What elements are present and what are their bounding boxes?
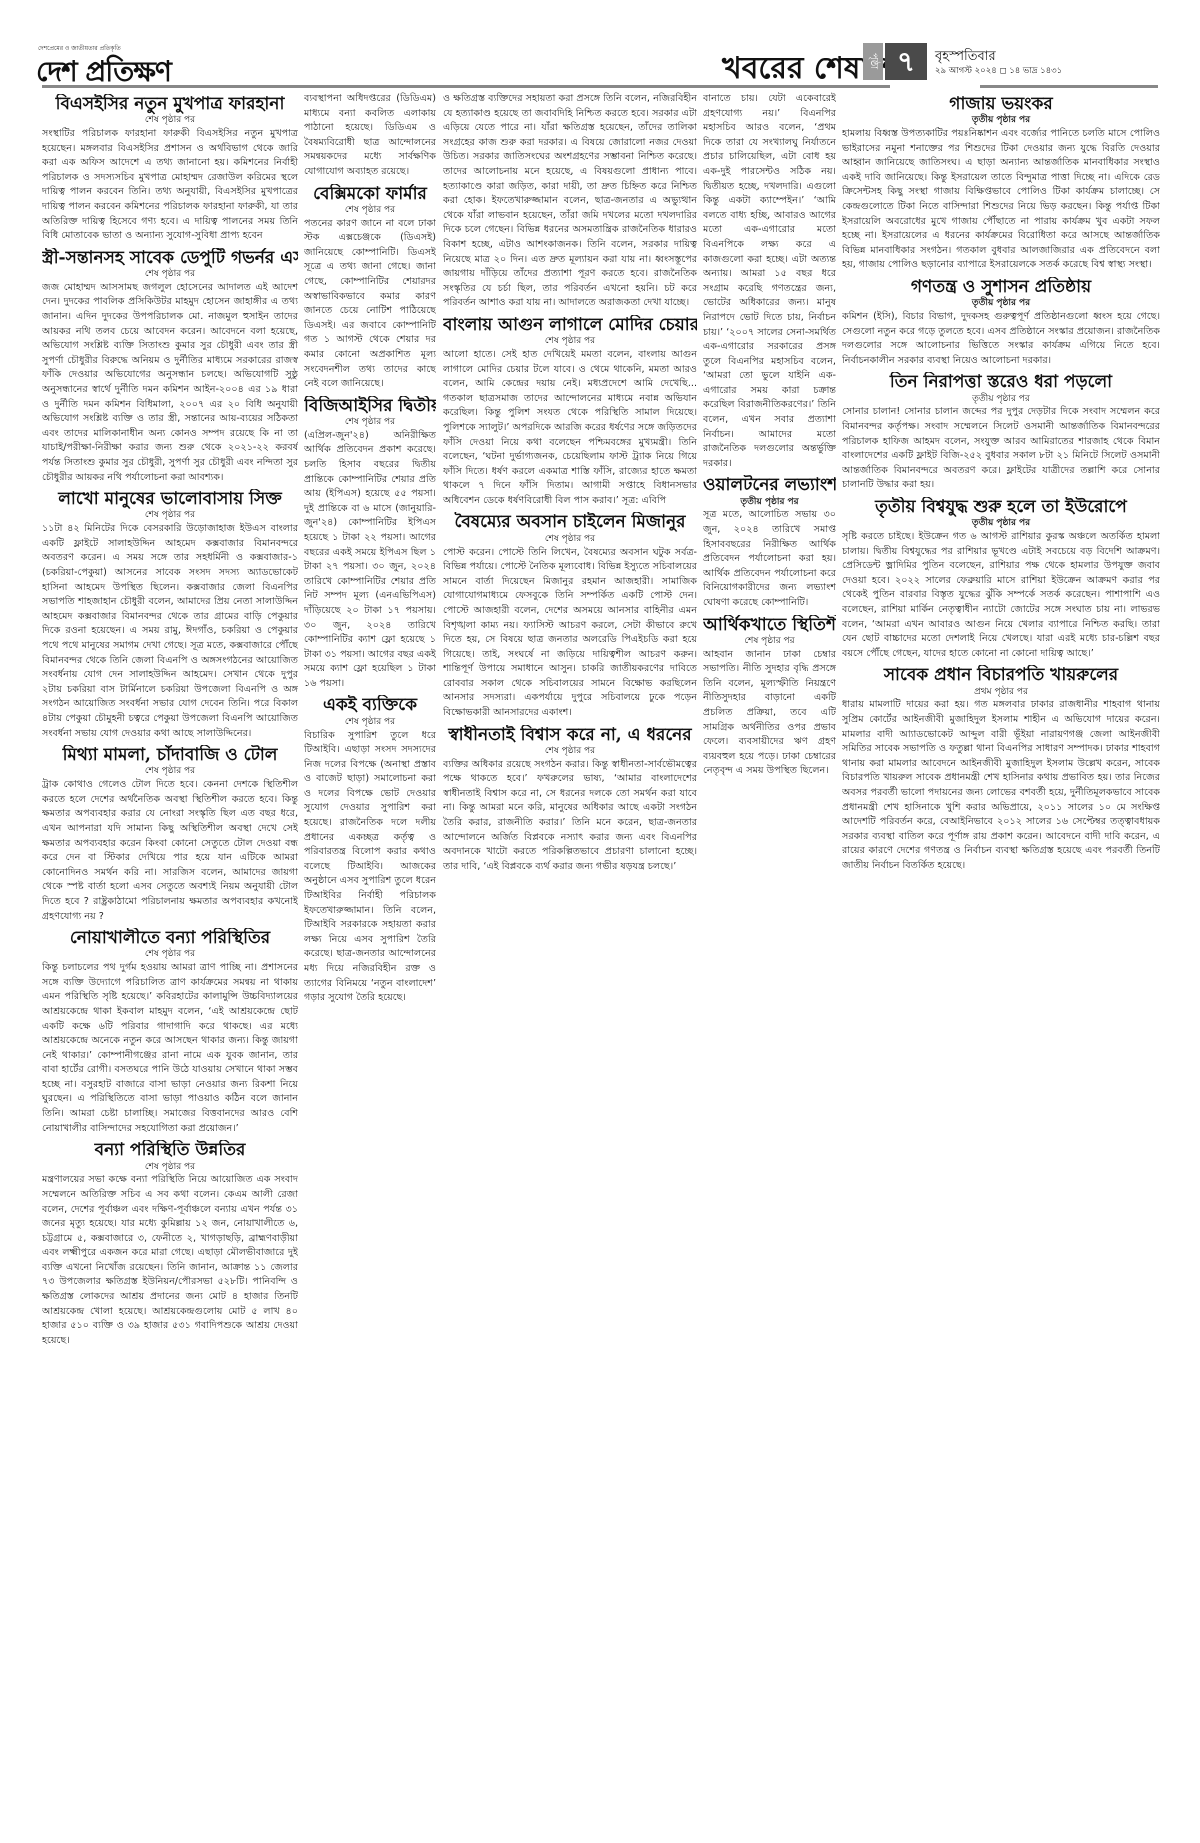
story-gold-caught[interactable]: তিন নিরাপত্তা স্তরেও ধরা পড়লো তৃতীয় পৃ… <box>842 372 1160 493</box>
story-body: হামলায় বিধ্বস্ত উপত্যকাটির পয়ঃনিষ্কাশন… <box>842 127 1160 273</box>
story-body: (এপ্রিল-জুন'২৪) অনিরীক্ষিত আর্থিক প্রতিব… <box>304 429 436 692</box>
header-rule-right <box>980 85 1158 88</box>
headline: বিএসইসির নতুন মুখপাত্র ফারহানা <box>42 94 298 115</box>
story-bsec-spokesperson[interactable]: বিএসইসির নতুন মুখপাত্র ফারহানা শেষ পৃষ্ঠ… <box>42 94 298 244</box>
headline: স্বাধীনতাই বিশ্বাস করে না, এ ধরনের <box>443 725 697 746</box>
page-label: পৃষ্ঠা <box>863 43 883 80</box>
story-body: কমিশন (ইসি), বিচার বিভাগ, দুদকসহ গুরুত্ব… <box>842 310 1160 368</box>
story-bnp-continued[interactable]: বানাতে চায়। যেটা একেবারেই গ্রহণযোগ্য নয… <box>703 92 836 471</box>
continued-label: তৃতীয় পৃষ্ঠার পর <box>703 497 836 508</box>
page-number: ৭ <box>885 43 927 80</box>
story-body: পোস্ট করেন। পোস্টে তিনি লিখেন, বৈষম্যের … <box>443 546 697 721</box>
story-body: কিন্তু চলাচলের পথ দুর্গম হওয়ায় আমরা ত্… <box>42 961 298 1136</box>
story-body: ধারায় মামলাটি দায়ের করা হয়। গত মঙ্গলব… <box>842 698 1160 873</box>
headline: গাজায় ভয়ংকর <box>842 94 1160 115</box>
story-noakhali-flood[interactable]: নোয়াখালীতে বন্যা পরিস্থিতির শেষ পৃষ্ঠার… <box>42 928 298 1136</box>
story-body: আহবান জানান ঢাকা চেম্বার সভাপতি। নীতি সু… <box>703 648 836 779</box>
story-body: ১১টা ৪২ মিনিটের দিকে বেসরকারি উড়োজাহাজ … <box>42 522 298 741</box>
headline: স্ত্রী-সন্তানসহ সাবেক ডেপুটি গভর্নর এস <box>42 248 298 269</box>
continued-label: শেষ পৃষ্ঠার পর <box>304 717 436 728</box>
continued-label: তৃতীয় পৃষ্ঠার পর <box>842 298 1160 309</box>
continued-label: তৃতীয় পৃষ্ঠার পর <box>842 518 1160 529</box>
headline: আর্থিকখাতে স্থিতিশীলতা <box>703 615 836 636</box>
story-walton-dividend[interactable]: ওয়ালটনের লভ্যাংশ তৃতীয় পৃষ্ঠার পর সূত্… <box>703 475 836 610</box>
continued-label: শেষ পৃষ্ঠার পর <box>42 510 298 521</box>
continued-label: তৃতীয় পৃষ্ঠার পর <box>842 394 1160 405</box>
continued-label: তৃতীয় পৃষ্ঠার পর <box>842 115 1160 126</box>
column-1: বিএসইসির নতুন মুখপাত্র ফারহানা শেষ পৃষ্ঠ… <box>42 92 298 1832</box>
story-world-war[interactable]: তৃতীয় বিশ্বযুদ্ধ শুরু হলে তা ইউরোপে তৃত… <box>842 497 1160 661</box>
continued-label: প্রথম পৃষ্ঠার পর <box>842 687 1160 698</box>
story-tib-continued[interactable]: ও ক্ষতিগ্রস্ত ব্যক্তিদের সহায়তা করা প্র… <box>443 92 697 311</box>
newspaper-logo[interactable]: দেশ প্রতিক্ষণ <box>36 50 171 97</box>
header-rule-left <box>42 85 890 88</box>
continued-label: শেষ পৃষ্ঠার পর <box>42 1162 298 1173</box>
headline: গণতন্ত্র ও সুশাসন প্রতিষ্ঠায় <box>842 277 1160 298</box>
continued-label: শেষ পৃষ্ঠার পর <box>42 269 298 280</box>
story-body: সৃষ্টি করতে চাইছে। ইউক্রেন গত ৬ আগস্ট রা… <box>842 530 1160 661</box>
story-body: বানাতে চায়। যেটা একেবারেই গ্রহণযোগ্য নয… <box>703 92 836 471</box>
story-body: ব্যবস্থাপনা অধিদপ্তরের (ডিডিএম) মাধ্যমে … <box>304 92 436 180</box>
story-independence[interactable]: স্বাধীনতাই বিশ্বাস করে না, এ ধরনের শেষ প… <box>443 725 697 875</box>
headline: একই ব্যক্তিকে <box>304 695 436 716</box>
story-flood-improvement[interactable]: বন্যা পরিস্থিতি উন্নতির শেষ পৃষ্ঠার পর ম… <box>42 1140 298 1348</box>
story-body: বিচারিক সুপারিশ তুলে ধরে টিআইবি। এছাড়া … <box>304 729 436 1006</box>
headline: তিন নিরাপত্তা স্তরেও ধরা পড়লো <box>842 372 1160 393</box>
story-democracy[interactable]: গণতন্ত্র ও সুশাসন প্রতিষ্ঠায় তৃতীয় পৃষ… <box>842 277 1160 368</box>
continued-label: শেষ পৃষ্ঠার পর <box>42 115 298 126</box>
continued-label: শেষ পৃষ্ঠার পর <box>703 636 836 647</box>
headline: বন্যা পরিস্থিতি উন্নতির <box>42 1140 298 1161</box>
headline: সাবেক প্রধান বিচারপতি খায়রুলের <box>842 665 1160 686</box>
headline: বিজিআইসির দ্বিতীয় <box>304 396 436 417</box>
story-gaza[interactable]: গাজায় ভয়ংকর তৃতীয় পৃষ্ঠার পর হামলায় … <box>842 94 1160 273</box>
story-body: ব্যক্তির অধিকার রয়েছে সংগঠন করার। কিন্ত… <box>443 758 697 875</box>
story-body: সোনার চালান! সোনার চালান জব্দের পর দুপুর… <box>842 405 1160 493</box>
story-khairul[interactable]: সাবেক প্রধান বিচারপতি খায়রুলের প্রথম পৃ… <box>842 665 1160 873</box>
story-lakhs-love[interactable]: লাখো মানুষের ভালোবাসায় সিক্ত শেষ পৃষ্ঠা… <box>42 489 298 741</box>
continued-label: শেষ পৃষ্ঠার পর <box>443 336 697 347</box>
story-financial-stability[interactable]: আর্থিকখাতে স্থিতিশীলতা শেষ পৃষ্ঠার পর আহ… <box>703 615 836 779</box>
story-body: সূত্র মতে, আলোচিত সভায় ৩০ জুন, ২০২৪ তার… <box>703 508 836 610</box>
headline: মিথ্যা মামলা, চাঁদাবাজি ও টোল <box>42 745 298 766</box>
column-5: গাজায় ভয়ংকর তৃতীয় পৃষ্ঠার পর হামলায় … <box>842 92 1160 1832</box>
continued-label: শেষ পৃষ্ঠার পর <box>443 534 697 545</box>
story-false-case-toll[interactable]: মিথ্যা মামলা, চাঁদাবাজি ও টোল শেষ পৃষ্ঠা… <box>42 745 298 924</box>
headline: বাংলায় আগুন লাগালে মোদির চেয়ার <box>443 315 697 336</box>
story-beximco-pharma[interactable]: বেক্সিমকো ফার্মার শেষ পৃষ্ঠার পর পতনের ক… <box>304 184 436 392</box>
story-deputy-governor[interactable]: স্ত্রী-সন্তানসহ সাবেক ডেপুটি গভর্নর এস শ… <box>42 248 298 485</box>
continued-label: শেষ পৃষ্ঠার পর <box>304 205 436 216</box>
story-body: ও ক্ষতিগ্রস্ত ব্যক্তিদের সহায়তা করা প্র… <box>443 92 697 311</box>
column-3: ও ক্ষতিগ্রস্ত ব্যক্তিদের সহায়তা করা প্র… <box>443 92 697 1832</box>
headline: বেক্সিমকো ফার্মার <box>304 184 436 205</box>
continued-label: শেষ পৃষ্ঠার পর <box>42 766 298 777</box>
story-bgic-second[interactable]: বিজিআইসির দ্বিতীয় শেষ পৃষ্ঠার পর (এপ্রি… <box>304 396 436 692</box>
continued-label: শেষ পৃষ্ঠার পর <box>443 746 697 757</box>
headline: তৃতীয় বিশ্বযুদ্ধ শুরু হলে তা ইউরোপে <box>842 497 1160 518</box>
masthead: দেশপ্রেমের ও জাতীয়তার প্রতিকৃতি দেশ প্র… <box>0 0 1200 78</box>
story-ddm-continued[interactable]: ব্যবস্থাপনা অধিদপ্তরের (ডিডিএম) মাধ্যমে … <box>304 92 436 180</box>
continued-label: শেষ পৃষ্ঠার পর <box>304 417 436 428</box>
story-body: পতনের কারণ জানে না বলে ঢাকা স্টক এক্সচেঞ… <box>304 217 436 392</box>
story-body: ট্রাক কোথাও গেলেও টোল দিতে হবে। কেননা দে… <box>42 778 298 924</box>
issue-date: ২৯ আগস্ট ২০২৪ ◻ ১৪ ভাদ্র ১৪৩১ <box>935 64 1062 78</box>
story-mizanur[interactable]: বৈষম্যের অবসান চাইলেন মিজানুর শেষ পৃষ্ঠা… <box>443 512 697 720</box>
continued-label: শেষ পৃষ্ঠার পর <box>42 949 298 960</box>
column-2: ব্যবস্থাপনা অধিদপ্তরের (ডিডিএম) মাধ্যমে … <box>304 92 436 1832</box>
story-body: সংস্থাটির পরিচালক ফারহানা ফারুকী বিএসইসি… <box>42 127 298 244</box>
headline: নোয়াখালীতে বন্যা পরিস্থিতির <box>42 928 298 949</box>
story-body: জজ মোহাম্মদ আসসামছ জগলুল হোসেনের আদালত এ… <box>42 281 298 485</box>
column-4: বানাতে চায়। যেটা একেবারেই গ্রহণযোগ্য নয… <box>703 92 836 1832</box>
story-modi-chair[interactable]: বাংলায় আগুন লাগালে মোদির চেয়ার শেষ পৃষ… <box>443 315 697 509</box>
story-body: মন্ত্রণালয়ের সভা কক্ষে বন্যা পরিস্থিতি … <box>42 1173 298 1348</box>
headline: ওয়ালটনের লভ্যাংশ <box>703 475 836 496</box>
story-body: আলো হাতে। সেই হাত দেখিয়েই মমতা বলেন, বা… <box>443 348 697 509</box>
headline: বৈষম্যের অবসান চাইলেন মিজানুর <box>443 512 697 533</box>
headline: লাখো মানুষের ভালোবাসায় সিক্ত <box>42 489 298 510</box>
story-same-person[interactable]: একই ব্যক্তিকে শেষ পৃষ্ঠার পর বিচারিক সুপ… <box>304 695 436 1005</box>
